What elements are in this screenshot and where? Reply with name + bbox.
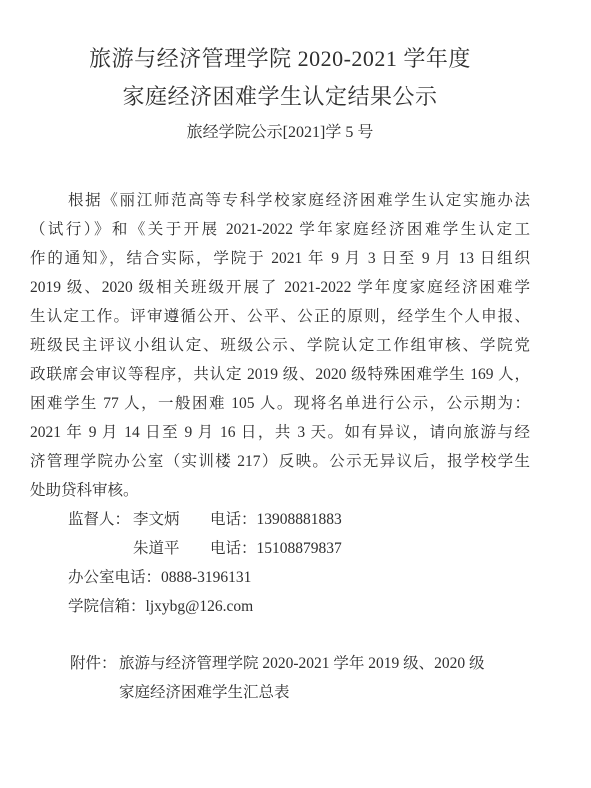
paragraph-line: 2019 级、2020 级相关班级开展了 2021-2022 学年度家庭经济困难…	[30, 273, 530, 302]
attachment-label: 附件：	[70, 649, 119, 707]
paragraph-line: 班级民主评议小组认定、班级公示、学院认定工作组审核、学院党	[30, 331, 530, 360]
mailbox-label: 学院信箱：	[68, 598, 146, 615]
attachment-body: 旅游与经济管理学院 2020-2021 学年 2019 级、2020 级 家庭经…	[119, 649, 530, 707]
paragraph-line: 济管理学院办公室（实训楼 217）反映。公示无异议后，报学校学生	[30, 447, 530, 476]
mailbox-address: ljxybg@126.com	[146, 598, 254, 615]
supervisor-row: 朱道平电话：15108879837	[68, 534, 530, 563]
paragraph-line: 作的通知》，结合实际，学院于 2021 年 9 月 3 日至 9 月 13 日组…	[30, 244, 530, 273]
contact-section: 监督人：李文炳电话：13908881883 朱道平电话：15108879837 …	[30, 505, 530, 621]
paragraph-line: 2021 年 9 月 14 日至 9 月 16 日，共 3 天。如有异议，请向旅…	[30, 418, 530, 447]
paragraph-line: 生认定工作。评审遵循公开、公平、公正的原则，经学生个人申报、	[30, 302, 530, 331]
paragraph-line: 处助贷科审核。	[30, 476, 530, 505]
phone-label: 电话：	[210, 511, 257, 528]
paragraph-line: 根据《丽江师范高等专科学校家庭经济困难学生认定实施办法	[30, 186, 530, 215]
doc-number: 旅经学院公示[2021]学 5 号	[30, 118, 530, 148]
office-phone-label: 办公室电话：	[68, 569, 161, 586]
paragraph-line: 政联席会审议等程序，共认定 2019 级、2020 级特殊困难学生 169 人，	[30, 360, 530, 389]
title-line-1: 旅游与经济管理学院 2020-2021 学年度	[30, 40, 530, 78]
document-page: 旅游与经济管理学院 2020-2021 学年度 家庭经济困难学生认定结果公示 旅…	[0, 0, 591, 788]
supervisor-row: 监督人：李文炳电话：13908881883	[68, 505, 530, 534]
supervisor-name: 李文炳	[133, 505, 210, 534]
document-content: 旅游与经济管理学院 2020-2021 学年度 家庭经济困难学生认定结果公示 旅…	[30, 0, 530, 707]
mailbox-line: 学院信箱：ljxybg@126.com	[68, 592, 530, 621]
attachment-line: 旅游与经济管理学院 2020-2021 学年 2019 级、2020 级	[119, 649, 530, 678]
attachment-line: 家庭经济困难学生汇总表	[119, 678, 530, 707]
supervisor-name: 朱道平	[133, 534, 210, 563]
title-line-2: 家庭经济困难学生认定结果公示	[30, 78, 530, 116]
office-phone-line: 办公室电话：0888-3196131	[68, 563, 530, 592]
attachment-section: 附件： 旅游与经济管理学院 2020-2021 学年 2019 级、2020 级…	[30, 649, 530, 707]
document-title: 旅游与经济管理学院 2020-2021 学年度 家庭经济困难学生认定结果公示	[30, 40, 530, 116]
phone-number: 13908881883	[257, 511, 342, 528]
office-phone-number: 0888-3196131	[161, 569, 251, 586]
phone-label: 电话：	[210, 540, 257, 557]
paragraph-line: （试行）》和《关于开展 2021-2022 学年家庭经济困难学生认定工	[30, 215, 530, 244]
phone-number: 15108879837	[257, 540, 342, 557]
paragraph-line: 困难学生 77 人，一般困难 105 人。现将名单进行公示，公示期为：	[30, 389, 530, 418]
body-paragraph: 根据《丽江师范高等专科学校家庭经济困难学生认定实施办法 （试行）》和《关于开展 …	[30, 186, 530, 505]
supervisor-label: 监督人：	[68, 505, 133, 534]
